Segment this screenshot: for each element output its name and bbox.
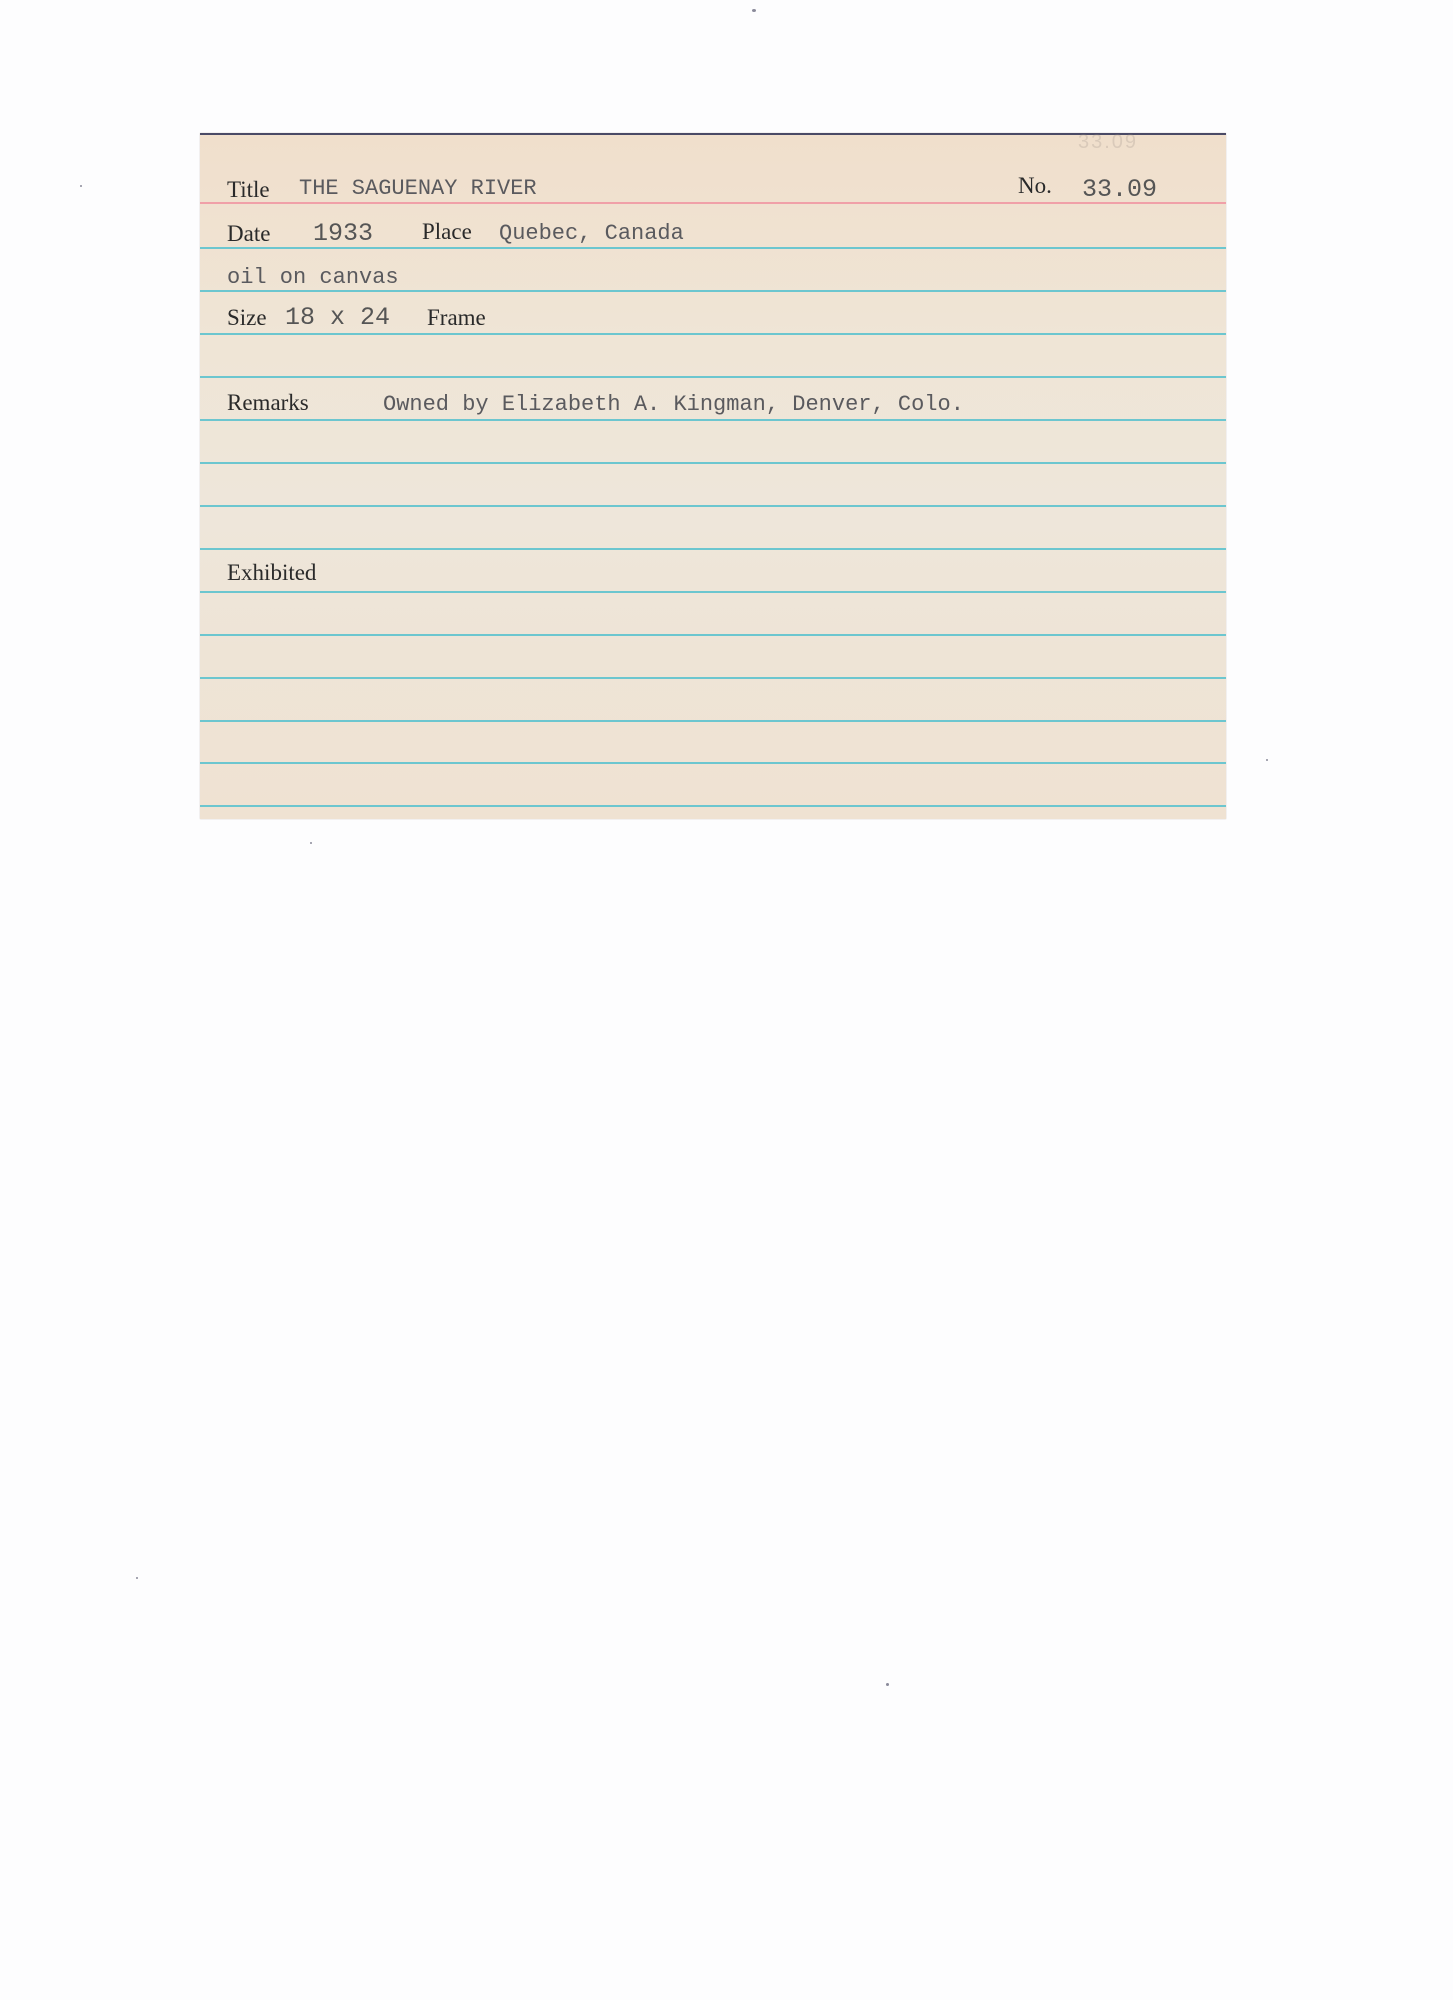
- blue-rule: [200, 548, 1226, 550]
- size-value: 18 x 24: [285, 303, 390, 332]
- speck: [136, 1577, 138, 1579]
- blue-rule: [200, 462, 1226, 464]
- catalog-index-card: 33.09 Title THE SAGUENAY RIVER No. 33.09…: [200, 133, 1226, 819]
- blue-rule: [200, 677, 1226, 679]
- blue-rule: [200, 591, 1226, 593]
- place-label: Place: [422, 219, 472, 245]
- number-value: 33.09: [1082, 175, 1157, 204]
- title-value: THE SAGUENAY RIVER: [299, 176, 537, 201]
- blue-rule: [200, 376, 1226, 378]
- exhibited-label: Exhibited: [227, 560, 316, 586]
- remarks-value: Owned by Elizabeth A. Kingman, Denver, C…: [383, 392, 964, 417]
- red-rule: [200, 202, 1226, 204]
- blue-rule: [200, 333, 1226, 335]
- number-label: No.: [1018, 173, 1052, 199]
- blue-rule: [200, 720, 1226, 722]
- speck: [1266, 759, 1268, 761]
- date-label: Date: [227, 221, 270, 247]
- blue-rule: [200, 505, 1226, 507]
- speck: [80, 185, 82, 187]
- blue-rule: [200, 762, 1226, 764]
- remarks-label: Remarks: [227, 390, 309, 416]
- place-value: Quebec, Canada: [499, 221, 684, 246]
- pencil-mark: 33.09: [1078, 131, 1138, 154]
- blue-rule: [200, 419, 1226, 421]
- medium-value: oil on canvas: [227, 265, 399, 290]
- speck: [310, 842, 312, 844]
- blue-rule: [200, 805, 1226, 807]
- size-label: Size: [227, 305, 267, 331]
- frame-label: Frame: [427, 305, 486, 331]
- speck: [886, 1683, 889, 1686]
- blue-rule: [200, 634, 1226, 636]
- title-label: Title: [227, 177, 270, 203]
- date-value: 1933: [313, 219, 373, 248]
- speck: [752, 9, 756, 12]
- blue-rule: [200, 290, 1226, 292]
